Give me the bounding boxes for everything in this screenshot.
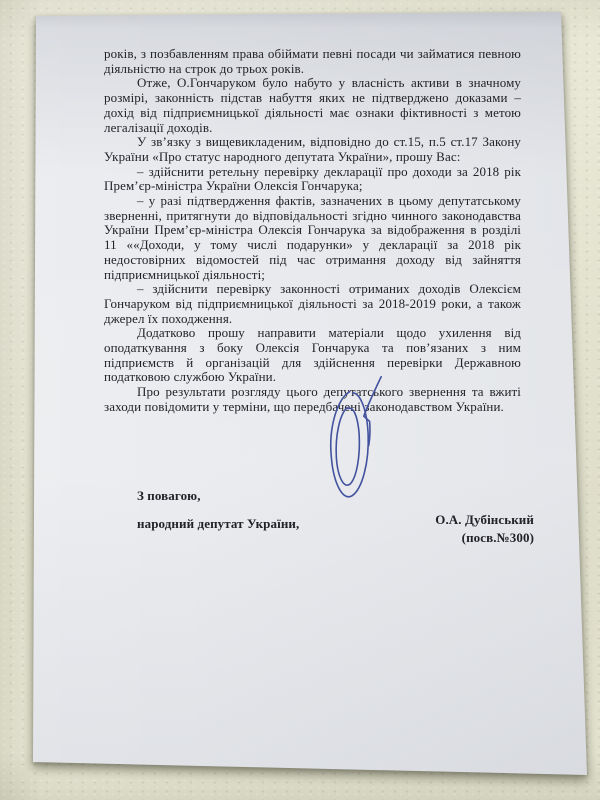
body-paragraph: – здійснити ретельну перевірку деклараці…: [104, 165, 521, 194]
signature-credential: (посв.№300): [435, 529, 534, 547]
paper-shadow-wrapper: років, з позбавленням права обіймати пев…: [0, 0, 600, 800]
signature-name: О.А. Дубінський: [435, 511, 534, 529]
signature-title: народний депутат України,: [137, 517, 299, 532]
body-paragraph: Отже, О.Гончаруком було набуто у власніс…: [104, 76, 521, 135]
handwritten-signature-scribble: [315, 365, 400, 513]
document-text-block: років, з позбавленням права обіймати пев…: [104, 47, 521, 589]
body-paragraph: – здійснити перевірку законності отриман…: [104, 282, 521, 326]
signature-name-block: О.А. Дубінський (посв.№300): [435, 511, 534, 547]
document-photo: років, з позбавленням права обіймати пев…: [0, 0, 600, 800]
document-paper: років, з позбавленням права обіймати пев…: [0, 0, 600, 800]
body-paragraph: У зв’язку з вищевикладеним, відповідно д…: [104, 135, 521, 164]
body-paragraph: Про результати розгляду цього депутатськ…: [104, 385, 521, 414]
signature-section: З повагою, народний депутат України, О.А…: [104, 449, 521, 589]
body-paragraph: – у разі підтвердження фактів, зазначени…: [104, 194, 521, 282]
body-paragraph: років, з позбавленням права обіймати пев…: [104, 47, 521, 76]
body-paragraph: Додатково прошу направити матеріали щодо…: [104, 326, 521, 385]
signature-closing: З повагою,: [137, 489, 201, 504]
